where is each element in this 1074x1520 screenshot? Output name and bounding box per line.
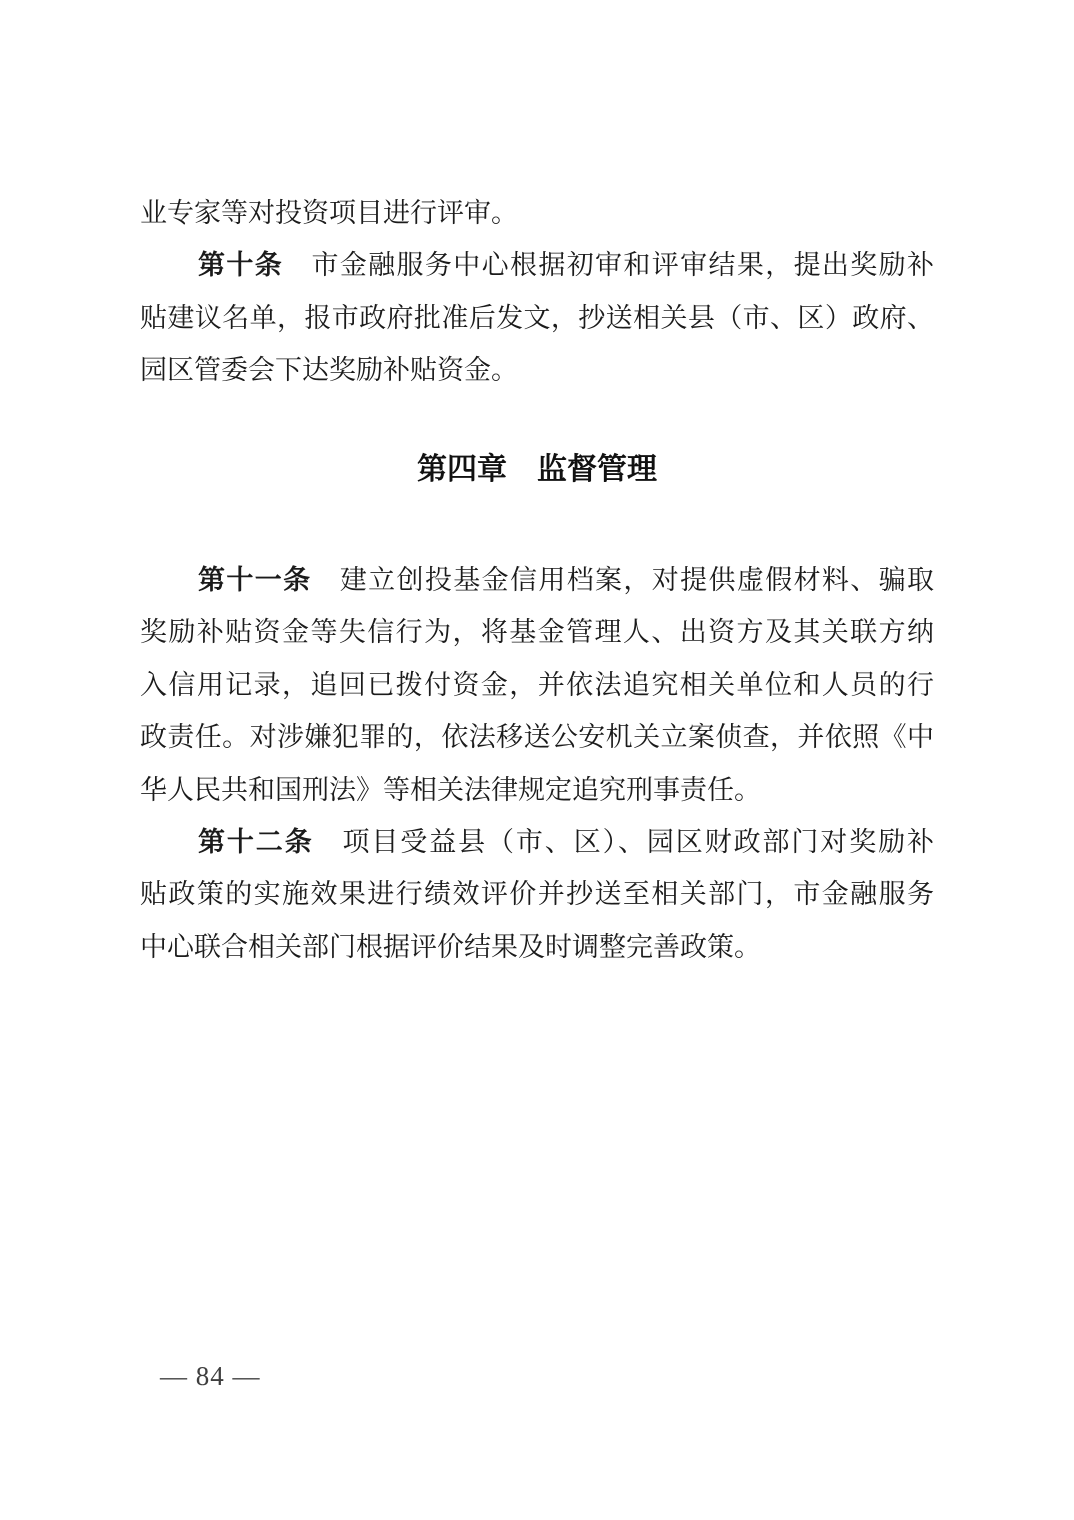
paragraph-line: 中心联合相关部门根据评价结果及时调整完善政策。 [140,921,934,973]
article-11-number: 第十一条 [198,565,311,595]
page-number: — 84 — [160,1362,261,1390]
paragraph-line: 第十二条 项目受益县（市、区）、园区财政部门对奖励补 [140,816,934,868]
paragraph-line: 入信用记录，追回已拨付资金，并依法追究相关单位和人员的行 [140,659,934,711]
paragraph-line: 政责任。对涉嫌犯罪的，依法移送公安机关立案侦查，并依照《中 [140,711,934,763]
paragraph-text: 建立创投基金信用档案，对提供虚假材料、骗取 [311,565,934,595]
paragraph-line: 贴建议名单，报市政府批准后发文，抄送相关县（市、区）政府、 [140,292,934,344]
document-body: 业专家等对投资项目进行评审。 第十条 市金融服务中心根据初审和评审结果，提出奖励… [140,187,934,973]
paragraph-line: 园区管委会下达奖励补贴资金。 [140,344,934,396]
paragraph-text: 市金融服务中心根据初审和评审结果，提出奖励补 [283,250,934,280]
paragraph-line: 华人民共和国刑法》等相关法律规定追究刑事责任。 [140,764,934,816]
article-10-number: 第十条 [198,250,283,280]
paragraph-line: 第十条 市金融服务中心根据初审和评审结果，提出奖励补 [140,239,934,291]
document-page: 业专家等对投资项目进行评审。 第十条 市金融服务中心根据初审和评审结果，提出奖励… [0,0,1074,1520]
paragraph-line: 贴政策的实施效果进行绩效评价并抄送至相关部门，市金融服务 [140,868,934,920]
paragraph-line: 业专家等对投资项目进行评审。 [140,187,934,239]
paragraph-text: 项目受益县（市、区）、园区财政部门对奖励补 [314,827,934,857]
paragraph-line: 奖励补贴资金等失信行为，将基金管理人、出资方及其关联方纳 [140,606,934,658]
chapter-heading: 第四章 监督管理 [140,444,934,496]
article-12-number: 第十二条 [198,827,314,857]
paragraph-line: 第十一条 建立创投基金信用档案，对提供虚假材料、骗取 [140,554,934,606]
